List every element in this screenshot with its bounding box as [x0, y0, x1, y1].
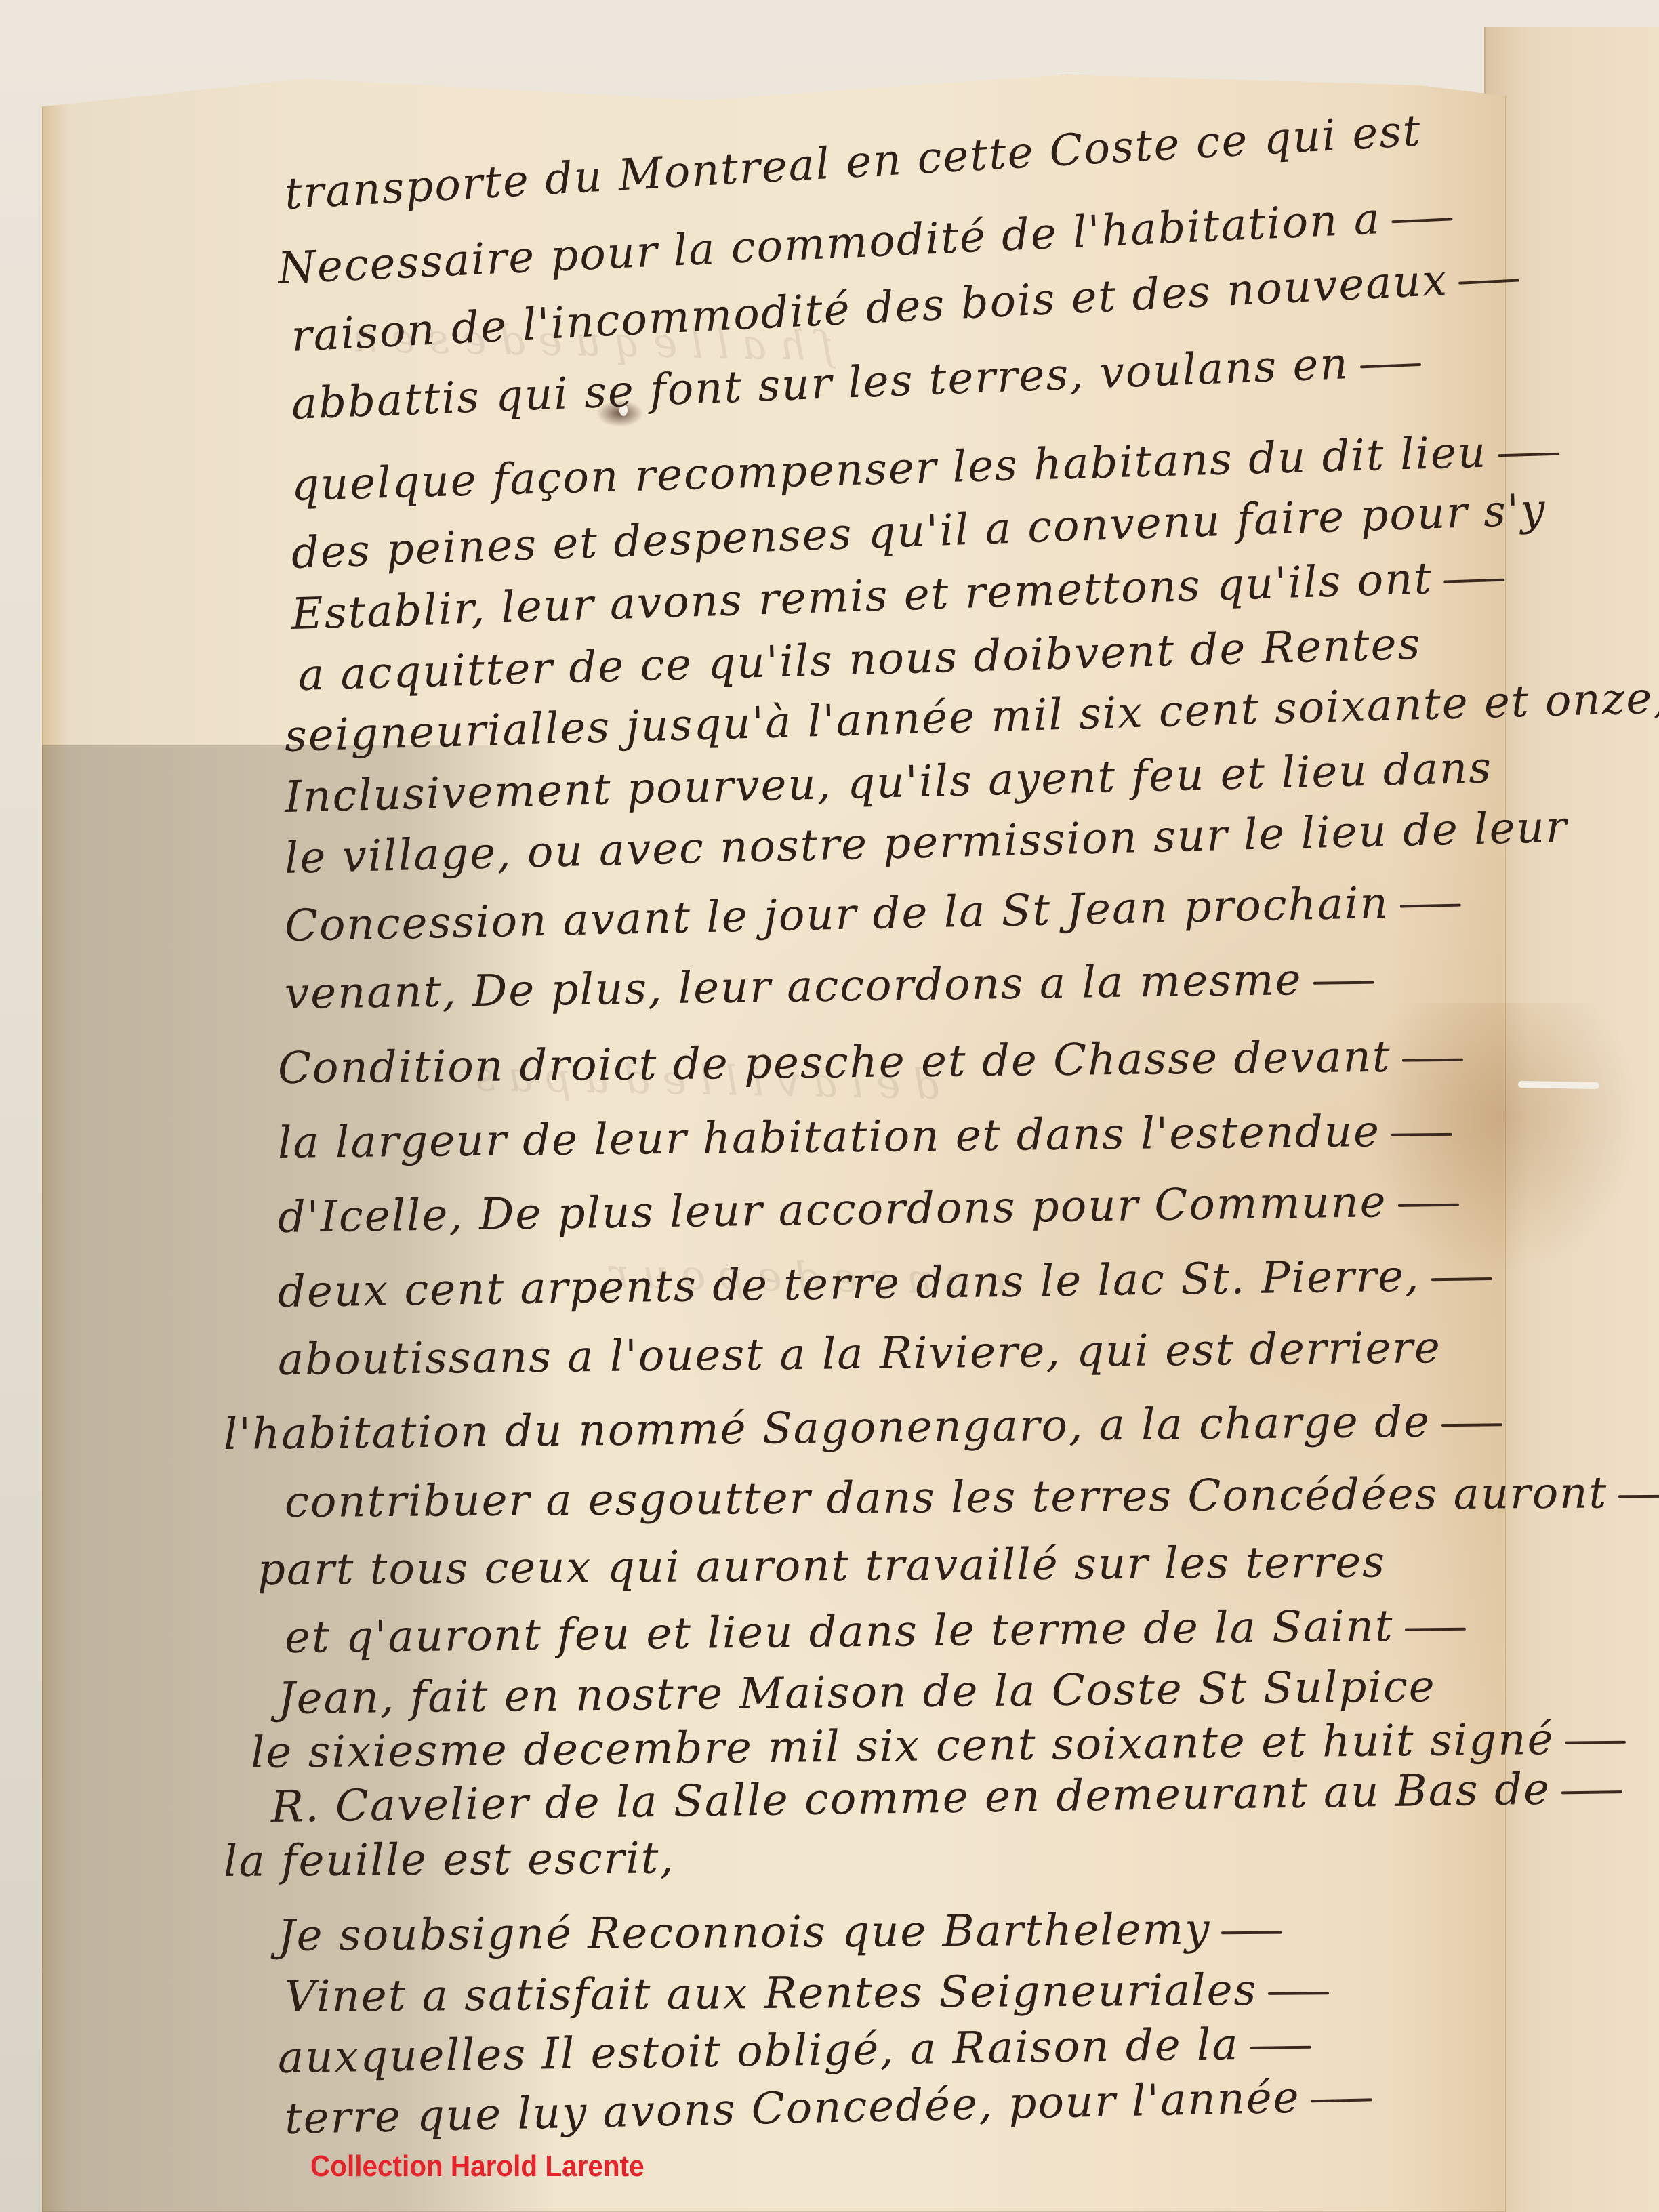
- line-text: Concession avant le jour de la St Jean p…: [284, 878, 1389, 951]
- line-text: deux cent arpents de terre dans le lac S…: [277, 1251, 1420, 1317]
- line-filler-dash: [1311, 2098, 1372, 2102]
- line-text: contribuer a esgoutter dans les terres C…: [285, 1468, 1608, 1528]
- line-text: Condition droict de pesche et de Chasse …: [278, 1032, 1391, 1094]
- line-filler-dash: [1405, 1627, 1466, 1631]
- line-filler-dash: [1313, 981, 1374, 984]
- manuscript-line: deux cent arpents de terre dans le lac S…: [277, 1250, 1492, 1317]
- manuscript-line: Condition droict de pesche et de Chasse …: [278, 1031, 1463, 1094]
- manuscript-line: Concession avant le jour de la St Jean p…: [284, 877, 1461, 951]
- line-filler-dash: [1268, 1992, 1329, 1995]
- line-text: Vinet a satisfait aux Rentes Seigneurial…: [285, 1965, 1258, 2022]
- manuscript-line: et q'auront feu et lieu dans le terme de…: [285, 1601, 1466, 1663]
- line-filler-dash: [1250, 2045, 1311, 2049]
- collection-watermark: Collection Harold Larente: [310, 2150, 644, 2184]
- line-filler-dash: [1221, 1931, 1282, 1934]
- line-filler-dash: [1565, 1740, 1626, 1744]
- manuscript-text: transporte du Montreal en cette Coste ce…: [0, 0, 1659, 2212]
- line-text: auxquelles Il estoit obligé, a Raison de…: [277, 2020, 1240, 2083]
- line-filler-dash: [1401, 1058, 1462, 1061]
- line-text: Je soubsigné Reconnois que Barthelemy: [278, 1904, 1211, 1961]
- line-filler-dash: [1458, 279, 1519, 284]
- line-text: Jean, fait en nostre Maison de la Coste …: [278, 1662, 1436, 1724]
- line-filler-dash: [1498, 452, 1559, 457]
- line-filler-dash: [1441, 1423, 1502, 1427]
- line-filler-dash: [1398, 1203, 1459, 1206]
- line-filler-dash: [1561, 1790, 1622, 1794]
- manuscript-line: part tous ceux qui auront travaillé sur …: [258, 1537, 1387, 1595]
- line-text: la feuille est escrit,: [224, 1833, 675, 1887]
- manuscript-line: Je soubsigné Reconnois que Barthelemy: [278, 1904, 1283, 1961]
- manuscript-line: venant, De plus, leur accordons a la mes…: [284, 954, 1374, 1019]
- line-text: la largeur de leur habitation et dans l'…: [278, 1107, 1381, 1168]
- line-text: part tous ceux qui auront travaillé sur …: [258, 1537, 1387, 1595]
- line-text: l'habitation du nommé Sagonengaro, a la …: [224, 1397, 1431, 1460]
- manuscript-line: aboutissans a l'ouest a la Riviere, qui …: [278, 1323, 1441, 1385]
- manuscript-line: contribuer a esgoutter dans les terres C…: [285, 1468, 1659, 1528]
- line-filler-dash: [1392, 218, 1453, 223]
- manuscript-line: Jean, fait en nostre Maison de la Coste …: [278, 1662, 1436, 1724]
- manuscript-line: auxquelles Il estoit obligé, a Raison de…: [277, 2019, 1311, 2083]
- line-filler-dash: [1400, 903, 1461, 907]
- line-filler-dash: [1431, 1277, 1492, 1280]
- line-text: venant, De plus, leur accordons a la mes…: [284, 955, 1302, 1019]
- manuscript-line: la largeur de leur habitation et dans l'…: [278, 1106, 1453, 1168]
- line-filler-dash: [1391, 1132, 1452, 1136]
- manuscript-line: Vinet a satisfait aux Rentes Seigneurial…: [285, 1965, 1330, 2022]
- line-filler-dash: [1443, 578, 1504, 583]
- manuscript-line: l'habitation du nommé Sagonengaro, a la …: [224, 1396, 1503, 1460]
- line-filler-dash: [1618, 1494, 1659, 1498]
- line-filler-dash: [1360, 363, 1421, 367]
- manuscript-line: d'Icelle, De plus leur accordons pour Co…: [277, 1176, 1459, 1243]
- manuscript-line: terre que luy avons Concedée, pour l'ann…: [284, 2071, 1372, 2144]
- line-text: aboutissans a l'ouest a la Riviere, qui …: [278, 1323, 1441, 1385]
- line-text: et q'auront feu et lieu dans le terme de…: [285, 1601, 1394, 1663]
- line-text: d'Icelle, De plus leur accordons pour Co…: [277, 1177, 1387, 1243]
- line-text: terre que luy avons Concedée, pour l'ann…: [284, 2073, 1300, 2144]
- manuscript-line: la feuille est escrit,: [224, 1833, 675, 1887]
